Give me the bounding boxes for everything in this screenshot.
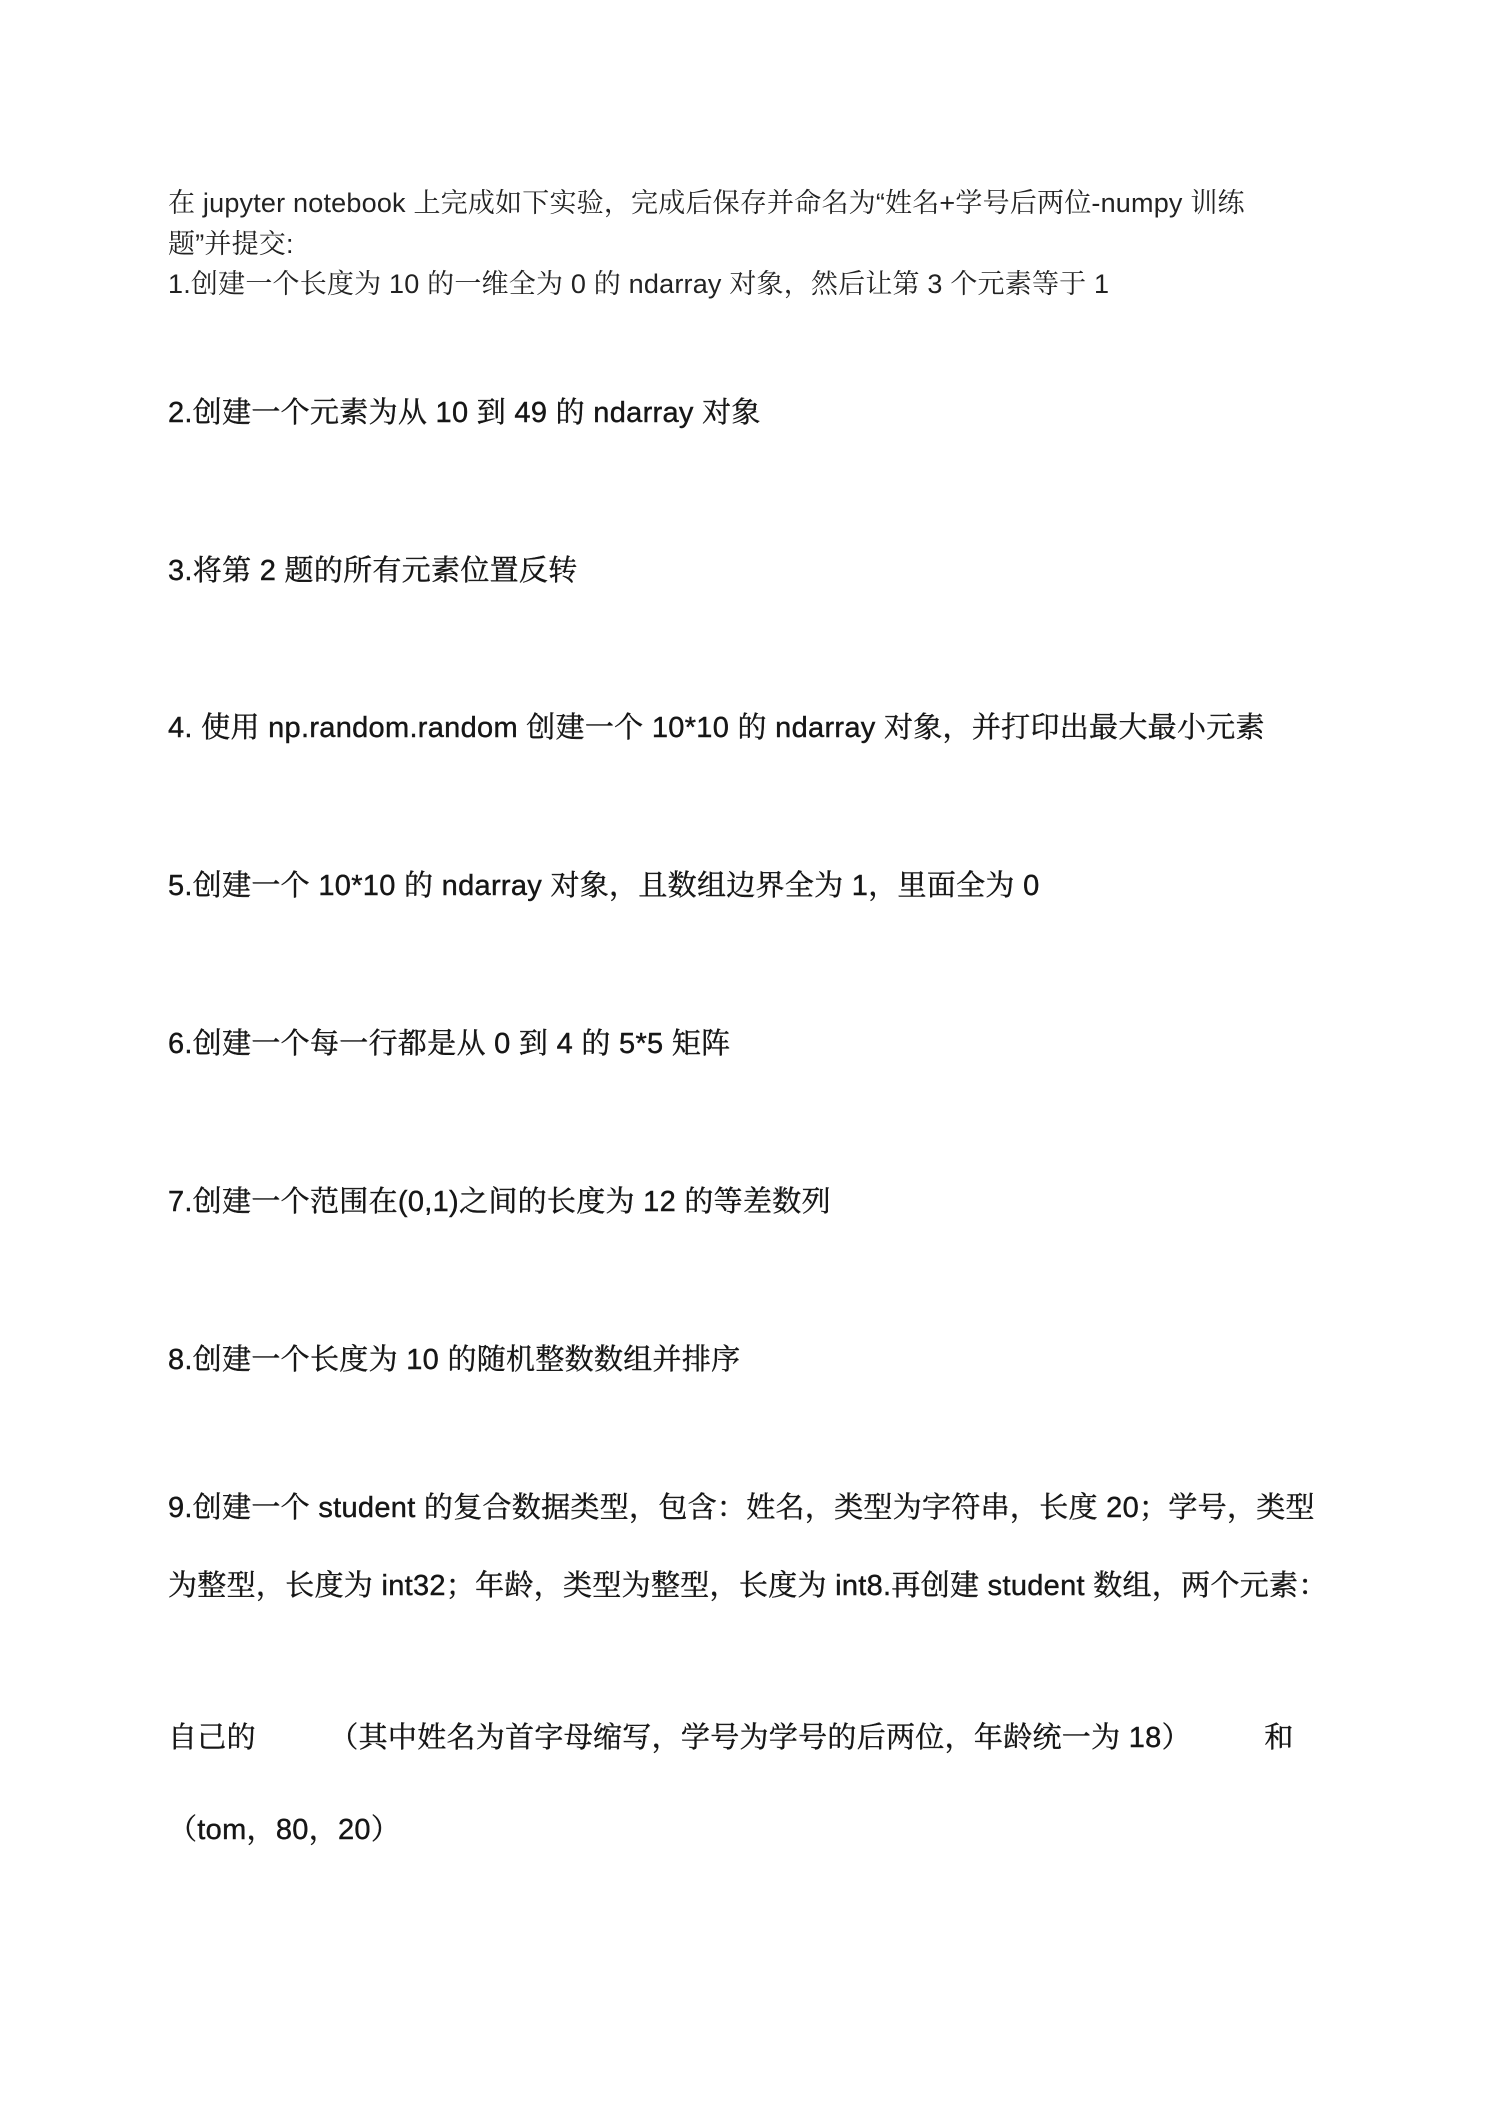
task-5: 5.创建一个 10*10 的 ndarray 对象，且数组边界全为 1，里面全为… bbox=[168, 870, 1360, 903]
task-3: 3.将第 2 题的所有元素位置反转 bbox=[168, 555, 1360, 588]
task-8: 8.创建一个长度为 10 的随机整数数组并排序 bbox=[168, 1344, 1360, 1377]
task-2: 2.创建一个元素为从 10 到 49 的 ndarray 对象 bbox=[168, 397, 1360, 430]
task-9-line-3: 自己的 （其中姓名为首字母缩写，学号为学号的后两位，年龄统一为 18） 和 bbox=[168, 1722, 1360, 1755]
task-6: 6.创建一个每一行都是从 0 到 4 的 5*5 矩阵 bbox=[168, 1028, 1360, 1061]
task-1: 1.创建一个长度为 10 的一维全为 0 的 ndarray 对象，然后让第 3… bbox=[168, 269, 1360, 300]
task-9-line-1: 9.创建一个 student 的复合数据类型，包含：姓名，类型为字符串，长度 2… bbox=[168, 1492, 1360, 1525]
intro-line-2: 题”并提交: bbox=[168, 229, 1360, 260]
intro-line-1: 在 jupyter notebook 上完成如下实验，完成后保存并命名为“姓名+… bbox=[168, 188, 1360, 219]
task-9-line-4: （tom，80，20） bbox=[168, 1814, 1360, 1847]
task-7: 7.创建一个范围在(0,1)之间的长度为 12 的等差数列 bbox=[168, 1186, 1360, 1219]
document-page: 在 jupyter notebook 上完成如下实验，完成后保存并命名为“姓名+… bbox=[0, 0, 1490, 2105]
task-4: 4. 使用 np.random.random 创建一个 10*10 的 ndar… bbox=[168, 712, 1360, 745]
task-9-line-2: 为整型，长度为 int32；年龄，类型为整型，长度为 int8.再创建 stud… bbox=[168, 1570, 1360, 1603]
